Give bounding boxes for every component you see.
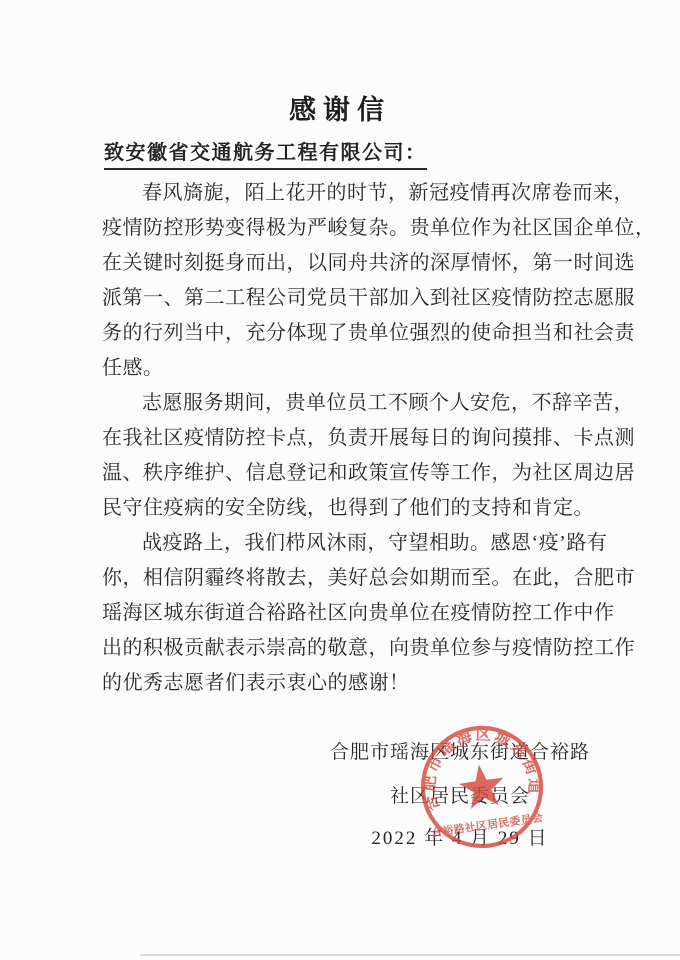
body-line: 温、秩序维护、信息登记和政策宣传等工作，为社区周边居 bbox=[102, 456, 572, 491]
body-line: 出的积极贡献表示崇高的敬意，向贵单位参与疫情防控工作 bbox=[102, 631, 572, 666]
signature-block: 合肥市瑶海区城东街道合裕路 社区居民委员会 2022 年 4 月 29 日 bbox=[330, 738, 590, 854]
body-line: 瑶海区城东街道合裕路社区向贵单位在疫情防控工作中作 bbox=[102, 596, 572, 631]
body-line: 在我社区疫情防控卡点，负责开展每日的询问摸排、卡点测 bbox=[102, 421, 572, 456]
paragraph: 志愿服务期间，贵单位员工不顾个人安危，不辞辛苦， 在我社区疫情防控卡点，负责开展… bbox=[102, 386, 572, 526]
salutation: 致安徽省交通航务工程有限公司： bbox=[104, 136, 427, 170]
scanned-letter-page: 感谢信 致安徽省交通航务工程有限公司： 春风旖旎，陌上花开的时节，新冠疫情再次席… bbox=[0, 0, 680, 960]
body-line: 春风旖旎，陌上花开的时节，新冠疫情再次席卷而来， bbox=[102, 176, 572, 211]
body-line: 民守住疫病的安全防线，也得到了他们的支持和肯定。 bbox=[102, 491, 572, 526]
letter-title: 感谢信 bbox=[0, 88, 680, 127]
scan-edge-line bbox=[140, 954, 680, 956]
body-line: 在关键时刻挺身而出，以同舟共济的深厚情怀，第一时间选 bbox=[102, 246, 572, 281]
letter-body: 春风旖旎，陌上花开的时节，新冠疫情再次席卷而来， 疫情防控形势变得极为严峻复杂。… bbox=[102, 176, 572, 701]
paragraph: 战疫路上，我们栉风沐雨，守望相助。感恩‘疫’路有 你，相信阴霾终将散去，美好总会… bbox=[102, 526, 572, 701]
signature-date: 2022 年 4 月 29 日 bbox=[330, 824, 590, 854]
body-line: 志愿服务期间，贵单位员工不顾个人安危，不辞辛苦， bbox=[102, 386, 572, 421]
body-line: 任感。 bbox=[102, 351, 572, 386]
body-line: 战疫路上，我们栉风沐雨，守望相助。感恩‘疫’路有 bbox=[102, 526, 572, 561]
body-line: 疫情防控形势变得极为严峻复杂。贵单位作为社区国企单位， bbox=[102, 211, 572, 246]
paragraph: 春风旖旎，陌上花开的时节，新冠疫情再次席卷而来， 疫情防控形势变得极为严峻复杂。… bbox=[102, 176, 572, 386]
body-line: 派第一、第二工程公司党员干部加入到社区疫情防控志愿服 bbox=[102, 281, 572, 316]
body-line: 的优秀志愿者们表示衷心的感谢！ bbox=[102, 666, 572, 701]
signature-org-line-2: 社区居民委员会 bbox=[330, 782, 590, 812]
salutation-row: 致安徽省交通航务工程有限公司： bbox=[104, 136, 427, 170]
body-line: 你，相信阴霾终将散去，美好总会如期而至。在此，合肥市 bbox=[102, 561, 572, 596]
signature-org-line-1: 合肥市瑶海区城东街道合裕路 bbox=[330, 738, 590, 768]
body-line: 务的行列当中，充分体现了贵单位强烈的使命担当和社会责 bbox=[102, 316, 572, 351]
